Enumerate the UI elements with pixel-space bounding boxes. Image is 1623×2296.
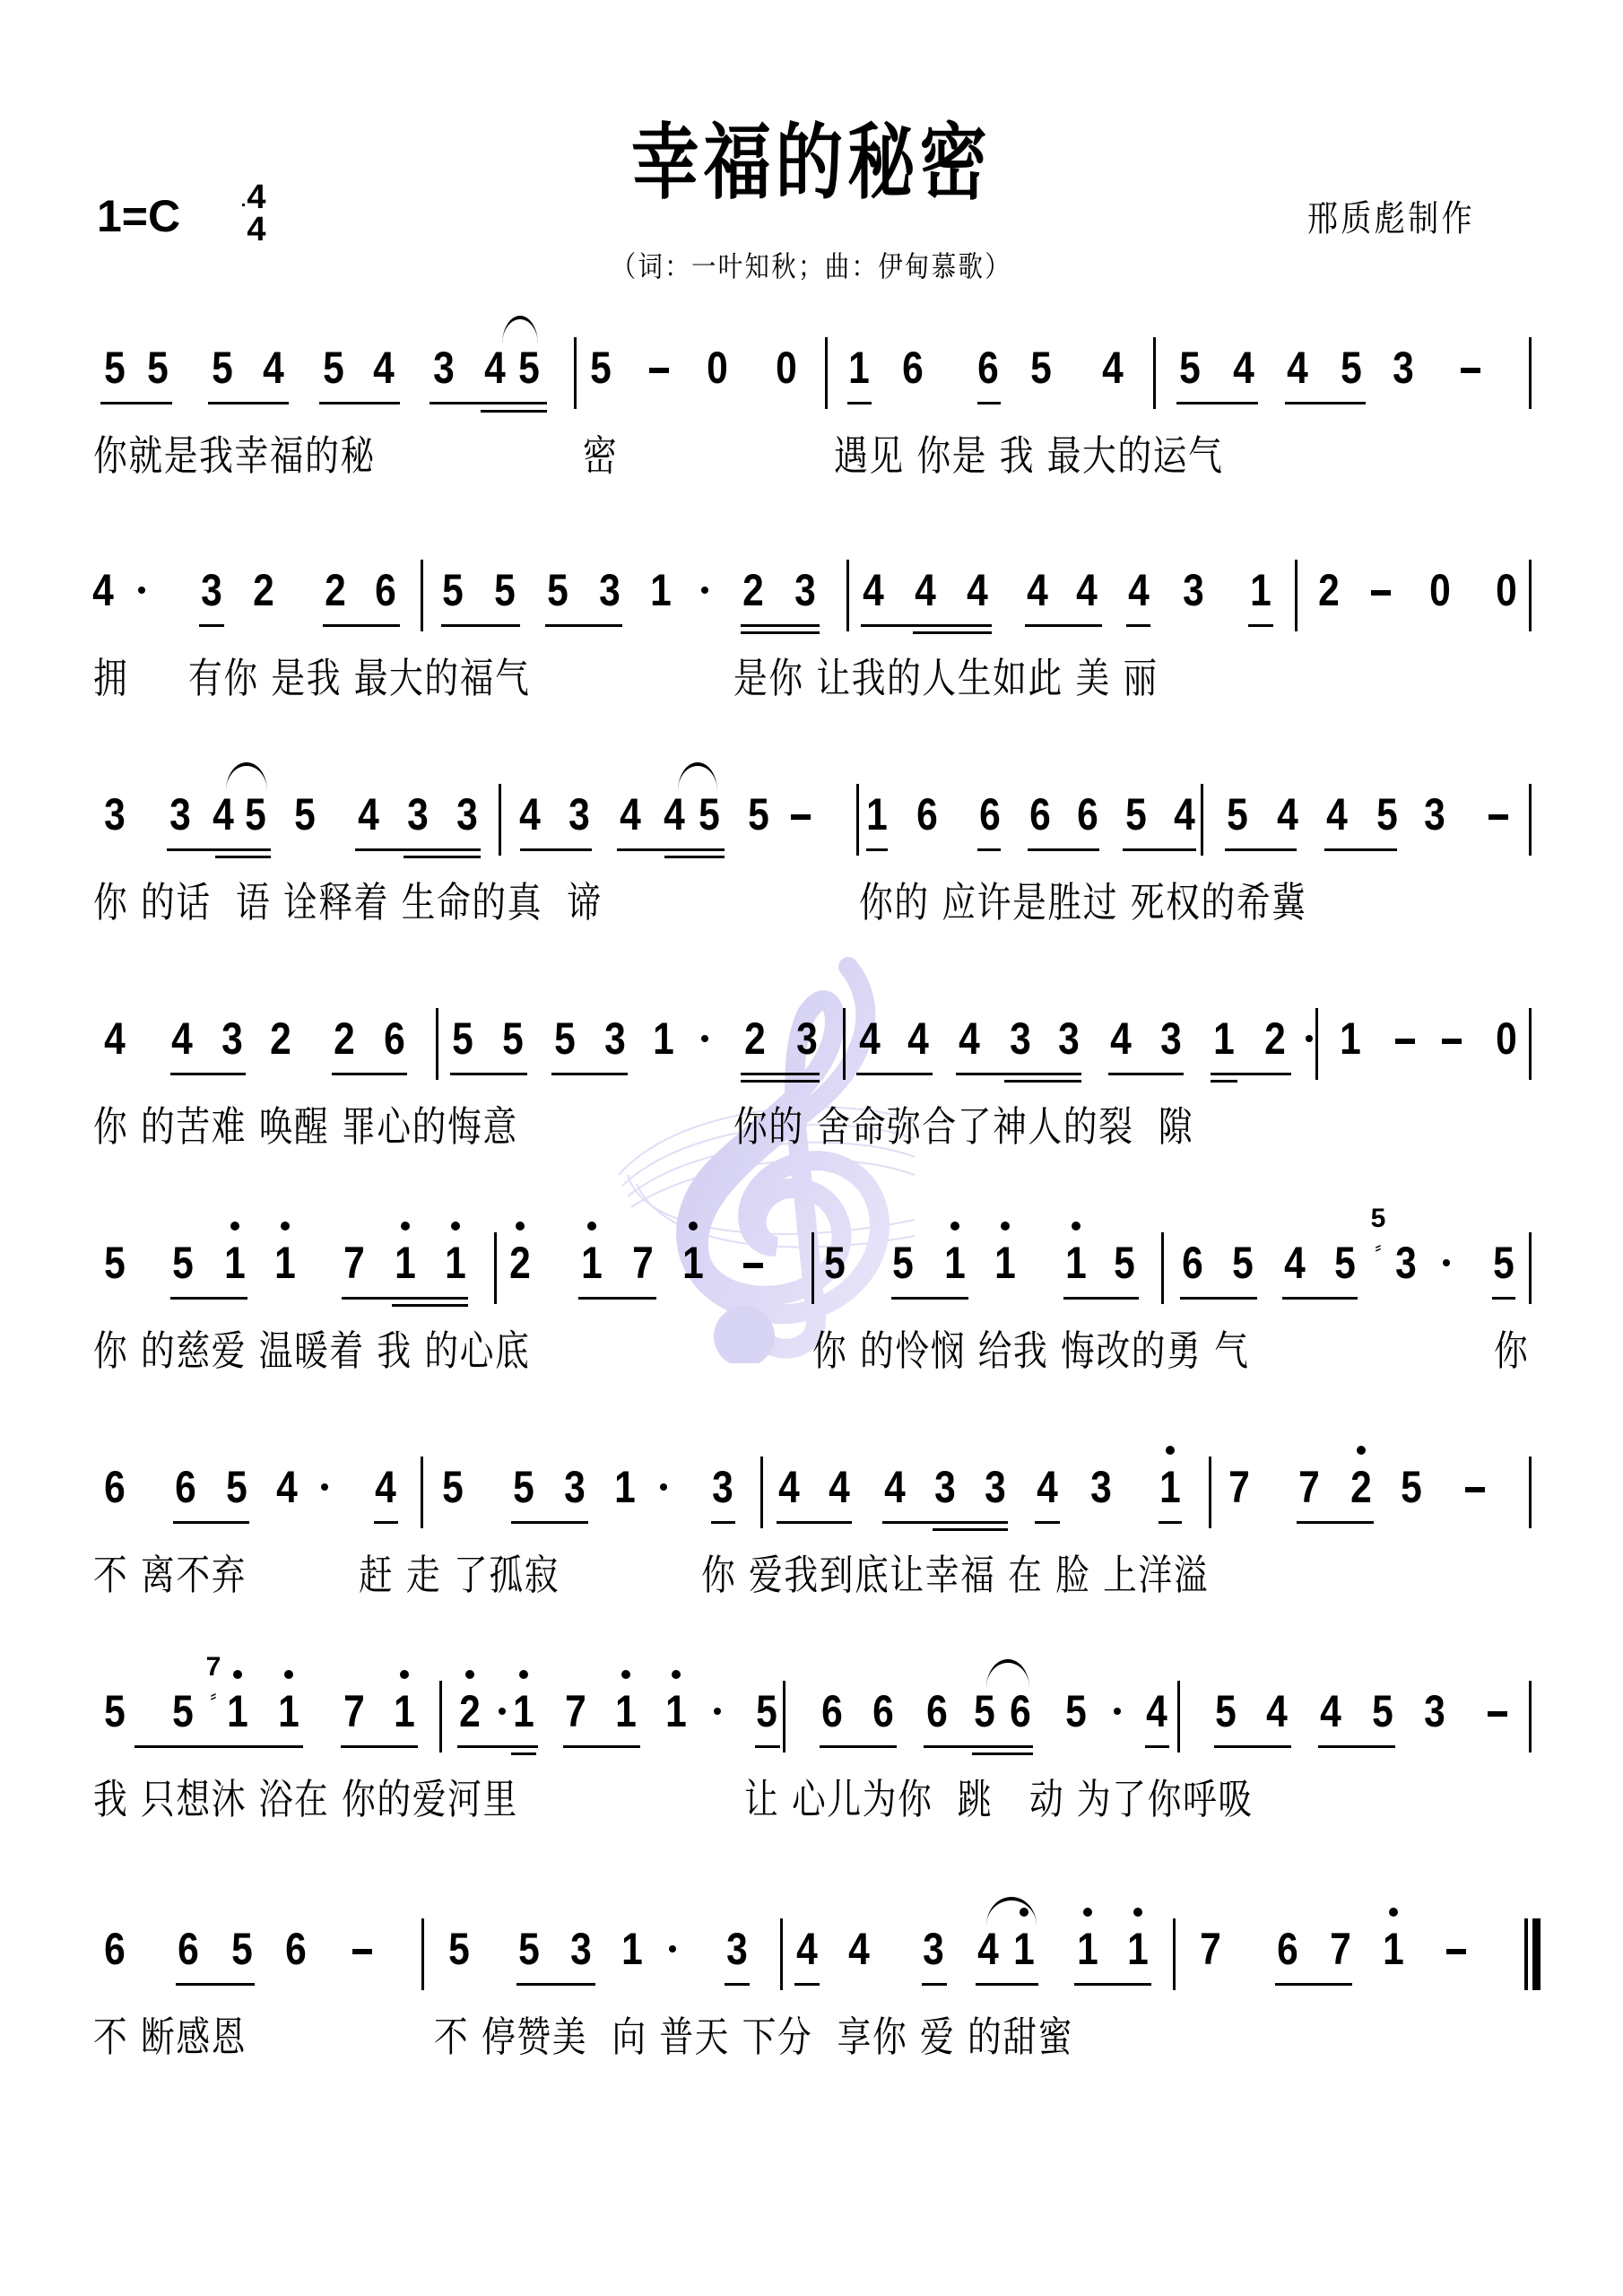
note: 5 xyxy=(743,787,774,841)
note: 5 xyxy=(969,1684,1000,1738)
beam-underline xyxy=(516,1983,595,1986)
barline xyxy=(421,1457,423,1528)
note: 1 xyxy=(678,1236,708,1290)
beam-underline xyxy=(741,631,820,634)
note: 5 xyxy=(227,1922,257,1976)
note: 1 xyxy=(222,1684,253,1738)
note: 2 xyxy=(320,563,351,617)
note: 3 xyxy=(100,787,130,841)
note: 5 xyxy=(1121,787,1151,841)
extension-dash xyxy=(1446,1949,1466,1954)
beam-underline xyxy=(664,856,725,858)
barline xyxy=(1315,1008,1318,1080)
beam-underline xyxy=(1211,1080,1237,1083)
lyric-line: 我 只想沐 浴在 你的爱河里 xyxy=(93,1767,518,1826)
extension-dash xyxy=(743,1263,763,1268)
augmentation-dot xyxy=(701,587,708,594)
note: 5 xyxy=(1211,1684,1241,1738)
note: 4 xyxy=(1322,787,1352,841)
note: 3 xyxy=(930,1460,960,1514)
note: 5 xyxy=(438,563,468,617)
beam-underline xyxy=(933,1528,1008,1531)
extension-dash xyxy=(1461,368,1480,373)
lyric-line: 是你 让我的人生如此 美 丽 xyxy=(733,646,1159,705)
octave-dot xyxy=(519,1670,528,1679)
beam-underline xyxy=(404,856,481,858)
note: 1 xyxy=(1155,1460,1185,1514)
note: 2 xyxy=(1314,563,1344,617)
note: 6 xyxy=(100,1460,130,1514)
augmentation-dot xyxy=(321,1483,328,1491)
beam-underline xyxy=(176,1983,255,1986)
note: 4 xyxy=(774,1460,804,1514)
note: 7 xyxy=(339,1236,369,1290)
beam-underline xyxy=(170,1297,247,1300)
beam-underline xyxy=(1248,624,1273,627)
octave-dot xyxy=(451,1222,460,1231)
note: 1 xyxy=(389,1684,420,1738)
note: 5 xyxy=(143,341,173,395)
note: 2 xyxy=(738,563,768,617)
extension-dash xyxy=(1488,814,1508,820)
beam-underline xyxy=(741,1080,820,1083)
beam-underline xyxy=(457,1745,538,1748)
beam-underline xyxy=(755,1745,780,1748)
barline xyxy=(760,1457,763,1528)
note: 4 xyxy=(659,787,690,841)
extension-dash xyxy=(1371,590,1391,596)
note: 5 xyxy=(542,563,573,617)
beam-underline xyxy=(481,410,547,413)
note: 2 xyxy=(265,1012,296,1065)
note: 3 xyxy=(403,787,433,841)
beam-underline xyxy=(1108,1073,1184,1075)
lyric-line: 不 断感恩 xyxy=(93,2005,247,2064)
note: 1 xyxy=(1009,1922,1039,1976)
beam-underline xyxy=(563,1745,640,1748)
barline xyxy=(421,560,423,631)
octave-dot xyxy=(400,1670,409,1679)
beam-underline xyxy=(1159,1521,1182,1524)
note: 5 xyxy=(221,1460,252,1514)
note: 6 xyxy=(173,1922,204,1976)
barline xyxy=(574,337,577,409)
note: 1 xyxy=(1378,1922,1409,1976)
augmentation-dot xyxy=(701,1035,708,1042)
note: 3 xyxy=(1005,1012,1036,1065)
note: 4 xyxy=(962,563,993,617)
note: 5 xyxy=(1367,1684,1398,1738)
note: 5 xyxy=(438,1460,468,1514)
lyric-line: 密 xyxy=(583,423,618,483)
beam-underline xyxy=(741,624,820,627)
beam-underline xyxy=(578,1297,656,1300)
barline xyxy=(1177,1681,1180,1752)
note: 5 xyxy=(318,341,349,395)
note: 4 xyxy=(903,1012,933,1065)
beam-underline xyxy=(520,848,592,851)
note: 5 xyxy=(1109,1236,1140,1290)
note: 1 xyxy=(661,1684,691,1738)
score-row: 551171121715511156545355⸗你 的慈爱 温暖着 我 的心底… xyxy=(0,1211,1623,1408)
note: 5 xyxy=(498,1012,528,1065)
extension-dash xyxy=(352,1949,372,1954)
beam-underline xyxy=(545,624,622,627)
note: 2 xyxy=(740,1012,770,1065)
note: 5 xyxy=(100,1236,130,1290)
note: 1 xyxy=(648,1012,679,1065)
note: 3 xyxy=(1391,1236,1421,1290)
note: 6 xyxy=(922,1684,952,1738)
beam-underline xyxy=(332,1073,407,1075)
note: 1 xyxy=(990,1236,1020,1290)
note: 1 xyxy=(1335,1012,1366,1065)
slur xyxy=(986,1897,1037,1926)
note: 4 xyxy=(973,1922,1003,1976)
lyric-line: 你就是我幸福的秘 xyxy=(93,423,376,483)
octave-dot xyxy=(1083,1908,1092,1917)
grace-mark: ⸗ xyxy=(1369,1236,1387,1258)
barline xyxy=(780,1918,783,1990)
beam-underline xyxy=(725,1983,750,1986)
beam-underline xyxy=(847,402,872,404)
note: 5 xyxy=(1228,1236,1258,1290)
note: 5 xyxy=(1061,1684,1091,1738)
note: 0 xyxy=(1491,563,1522,617)
note: 4 xyxy=(1272,787,1303,841)
note: 5 xyxy=(100,341,130,395)
beam-underline xyxy=(215,856,271,858)
note: 4 xyxy=(1282,341,1313,395)
note: 4 xyxy=(515,787,545,841)
note: 2 xyxy=(505,1236,535,1290)
note: 6 xyxy=(281,1922,311,1976)
final-barline-thick xyxy=(1532,1918,1541,1990)
beam-underline xyxy=(1126,624,1150,627)
note: 4 xyxy=(824,1460,855,1514)
meter-top: 4 xyxy=(240,181,273,213)
note: 4 xyxy=(100,1012,130,1065)
note: 6 xyxy=(973,341,1003,395)
barline xyxy=(1201,784,1203,856)
barline xyxy=(1529,1457,1532,1528)
octave-dot xyxy=(284,1670,293,1679)
note: 4 xyxy=(792,1922,822,1976)
note: 2 xyxy=(248,563,279,617)
beam-underline xyxy=(239,1745,301,1748)
note: 3 xyxy=(1388,341,1419,395)
octave-dot xyxy=(950,1222,959,1231)
note: 6 xyxy=(1072,787,1103,841)
note: 5 xyxy=(207,341,238,395)
barline xyxy=(825,337,828,409)
note: 6 xyxy=(898,341,928,395)
note: 7 xyxy=(1224,1460,1254,1514)
note: 2 xyxy=(1346,1460,1376,1514)
beam-underline xyxy=(1004,1080,1081,1083)
beam-underline xyxy=(1180,1297,1257,1300)
slur xyxy=(678,762,717,791)
barline xyxy=(1295,560,1298,631)
note: 4 xyxy=(858,563,889,617)
lyric-line: 你 的怜悯 给我 悔改的勇 气 xyxy=(812,1318,1249,1378)
beam-underline xyxy=(741,1073,820,1075)
beam-underline xyxy=(374,1521,398,1524)
barline xyxy=(1529,560,1532,631)
note: 5 xyxy=(1330,1236,1360,1290)
note: 6 xyxy=(1272,1922,1303,1976)
note: 4 xyxy=(1262,1684,1292,1738)
beam-underline xyxy=(711,1521,735,1524)
lyric-line: 拥 xyxy=(93,646,128,705)
octave-dot xyxy=(1072,1222,1081,1231)
note: 5 xyxy=(100,1684,130,1738)
lyric-line: 你 的苦难 唤醒 罪心的悔意 xyxy=(93,1094,518,1153)
note: 7 xyxy=(1294,1460,1324,1514)
note: 1 xyxy=(577,1236,607,1290)
beam-underline xyxy=(430,402,547,404)
note: 6 xyxy=(379,1012,410,1065)
extension-dash xyxy=(649,368,669,373)
meter-divider xyxy=(242,204,245,206)
score-row: 5554543455001665454453你就是我幸福的秘密遇见 你是 我 最… xyxy=(0,316,1623,513)
arranger-credit: 邢质彪制作 xyxy=(1307,190,1475,241)
beam-underline xyxy=(1214,1745,1291,1748)
note: 4 xyxy=(1169,787,1200,841)
barline xyxy=(846,560,849,631)
note: 0 xyxy=(771,341,802,395)
note: 4 xyxy=(272,1460,302,1514)
lyric-line: 让 心儿为你 跳 动 为了你呼吸 xyxy=(744,1767,1254,1826)
note: 6 xyxy=(370,563,401,617)
note: 0 xyxy=(702,341,733,395)
note: 5 xyxy=(586,341,616,395)
extension-dash xyxy=(1488,1711,1507,1717)
note: 4 xyxy=(369,341,399,395)
beam-underline xyxy=(866,848,888,851)
note: 4 xyxy=(1098,341,1128,395)
note: 3 xyxy=(560,1460,590,1514)
octave-dot xyxy=(1133,1908,1142,1917)
note: 3 xyxy=(980,1460,1011,1514)
octave-dot xyxy=(516,1222,525,1231)
beam-underline xyxy=(820,1745,897,1748)
note: 1 xyxy=(940,1236,970,1290)
augmentation-dot xyxy=(669,1945,676,1952)
augmentation-dot xyxy=(1306,1035,1313,1042)
beam-underline xyxy=(170,1073,246,1075)
note: 4 xyxy=(370,1460,401,1514)
augmentation-dot xyxy=(1114,1708,1121,1715)
note: 4 xyxy=(954,1012,985,1065)
note: 4 xyxy=(615,787,646,841)
note: 5 xyxy=(1396,1460,1427,1514)
note: 4 xyxy=(1228,341,1259,395)
lyric-line: 你 xyxy=(1494,1318,1529,1378)
lyric-line: 你 的慈爱 温暖着 我 的心底 xyxy=(93,1318,530,1378)
augmentation-dot xyxy=(138,587,145,594)
note: 7 xyxy=(339,1684,369,1738)
augmentation-dot xyxy=(499,1708,506,1715)
note: 4 xyxy=(1280,1236,1310,1290)
note: 6 xyxy=(817,1684,847,1738)
note: 3 xyxy=(790,563,820,617)
score-row: 43226555312344444431200拥有你 是我 最大的福气是你 让我… xyxy=(0,538,1623,735)
note: 3 xyxy=(722,1922,752,1976)
note: 3 xyxy=(1178,563,1209,617)
beam-underline xyxy=(891,1297,968,1300)
beam-underline xyxy=(1282,1297,1358,1300)
barline xyxy=(783,1681,785,1752)
note: 3 xyxy=(165,787,195,841)
beam-underline xyxy=(882,1521,1008,1524)
note: 4 xyxy=(1106,1012,1136,1065)
beam-underline xyxy=(922,1983,947,1986)
note: 5 xyxy=(1336,341,1367,395)
note: 3 xyxy=(918,1922,949,1976)
barline xyxy=(1153,337,1156,409)
beam-underline xyxy=(441,624,520,627)
note: 7 xyxy=(1325,1922,1356,1976)
note: 7 xyxy=(560,1684,591,1738)
note: 4 xyxy=(1032,1460,1063,1514)
barline xyxy=(1161,1232,1164,1304)
barline xyxy=(1173,1918,1176,1990)
note: 1 xyxy=(844,341,874,395)
beam-underline xyxy=(977,402,1001,404)
beam-underline xyxy=(199,624,224,627)
note: 5 xyxy=(888,1236,918,1290)
octave-dot xyxy=(281,1222,290,1231)
lyric-line: 你 的话 语 诠释着 生命的真 谛 xyxy=(93,870,603,929)
beam-underline xyxy=(1074,1983,1151,1986)
note: 5 xyxy=(514,341,544,395)
note: 4 xyxy=(1022,563,1053,617)
beam-underline xyxy=(392,1304,468,1307)
note: 1 xyxy=(220,1236,250,1290)
note: 0 xyxy=(1491,1012,1522,1065)
extension-dash xyxy=(1442,1039,1462,1044)
note: 5 xyxy=(751,1684,782,1738)
lyricist-composer-credits: （词：一叶知秋；曲：伊甸慕歌） xyxy=(122,244,1502,285)
note: 1 xyxy=(273,1684,304,1738)
extension-dash xyxy=(791,814,811,820)
beam-underline xyxy=(777,1521,852,1524)
extension-dash xyxy=(1465,1487,1485,1492)
octave-dot xyxy=(672,1670,681,1679)
beam-underline xyxy=(342,1297,468,1300)
note: 5 xyxy=(1222,787,1253,841)
note: 7 xyxy=(628,1236,658,1290)
note: 4 xyxy=(844,1922,874,1976)
beam-underline xyxy=(924,1745,1033,1748)
barline xyxy=(811,1232,814,1304)
note: 4 xyxy=(1072,563,1102,617)
note: 1 xyxy=(862,787,892,841)
barline xyxy=(1529,337,1532,409)
note: 1 xyxy=(390,1236,421,1290)
beam-underline xyxy=(1028,848,1099,851)
note: 5 xyxy=(290,787,320,841)
note: 1 xyxy=(617,1922,647,1976)
octave-dot xyxy=(1001,1222,1010,1231)
note: 3 xyxy=(429,341,459,395)
barline xyxy=(1529,1008,1532,1080)
octave-dot xyxy=(401,1222,410,1231)
barline xyxy=(421,1918,424,1990)
beam-underline xyxy=(100,402,172,404)
beam-underline xyxy=(1297,1521,1374,1524)
note: 6 xyxy=(170,1460,201,1514)
note: 4 xyxy=(910,563,941,617)
note: 7 xyxy=(1195,1922,1226,1976)
note: 1 xyxy=(1061,1236,1091,1290)
note: 3 xyxy=(452,787,482,841)
note: 2 xyxy=(329,1012,360,1065)
octave-dot xyxy=(689,1222,698,1231)
note: 3 xyxy=(217,1012,247,1065)
grace-note: 7 xyxy=(204,1652,222,1683)
note: 5 xyxy=(444,1922,474,1976)
augmentation-dot xyxy=(714,1708,721,1715)
note: 1 xyxy=(440,1236,471,1290)
slur xyxy=(986,1659,1029,1688)
beam-underline xyxy=(1145,1745,1169,1748)
note: 2 xyxy=(1260,1012,1290,1065)
note: 1 xyxy=(508,1684,539,1738)
note: 6 xyxy=(912,787,942,841)
barline xyxy=(1529,1681,1532,1752)
note: 1 xyxy=(610,1460,640,1514)
note: 3 xyxy=(707,1460,738,1514)
beam-underline xyxy=(341,1745,418,1748)
beam-underline xyxy=(976,1983,1038,1986)
beam-underline xyxy=(1324,848,1397,851)
beam-underline xyxy=(1275,1983,1352,1986)
note: 3 xyxy=(564,787,595,841)
beam-underline xyxy=(173,1521,249,1524)
beam-underline xyxy=(861,624,992,627)
beam-underline xyxy=(617,848,725,851)
beam-underline xyxy=(856,1073,933,1075)
note: 5 xyxy=(1488,1236,1519,1290)
note: 6 xyxy=(1005,1684,1036,1738)
beam-underline xyxy=(972,1752,1033,1755)
beam-underline xyxy=(1176,402,1258,404)
note: 1 xyxy=(1123,1922,1153,1976)
note: 4 xyxy=(880,1460,910,1514)
note: 4 xyxy=(258,341,289,395)
note: 4 xyxy=(855,1012,885,1065)
lyric-line: 你的 舍命弥合了神人的裂 隙 xyxy=(733,1094,1193,1153)
note: 6 xyxy=(975,787,1005,841)
octave-dot xyxy=(587,1222,596,1231)
note: 6 xyxy=(1177,1236,1208,1290)
beam-underline xyxy=(794,1983,820,1986)
beam-underline xyxy=(450,1073,527,1075)
lyric-line: 赶 走 了孤寂 xyxy=(359,1543,560,1602)
beam-underline xyxy=(977,848,1001,851)
note: 6 xyxy=(1025,787,1055,841)
beam-underline xyxy=(1492,1297,1515,1300)
slur xyxy=(502,316,538,344)
note: 3 xyxy=(1086,1460,1116,1514)
note: 1 xyxy=(646,563,676,617)
lyric-line: 不 停赞美 向 普天 下分 享你 爱 的甜蜜 xyxy=(434,2005,1073,2064)
beam-underline xyxy=(323,624,400,627)
octave-dot xyxy=(230,1222,239,1231)
lyric-line: 你的 应许是胜过 死权的希冀 xyxy=(859,870,1307,929)
